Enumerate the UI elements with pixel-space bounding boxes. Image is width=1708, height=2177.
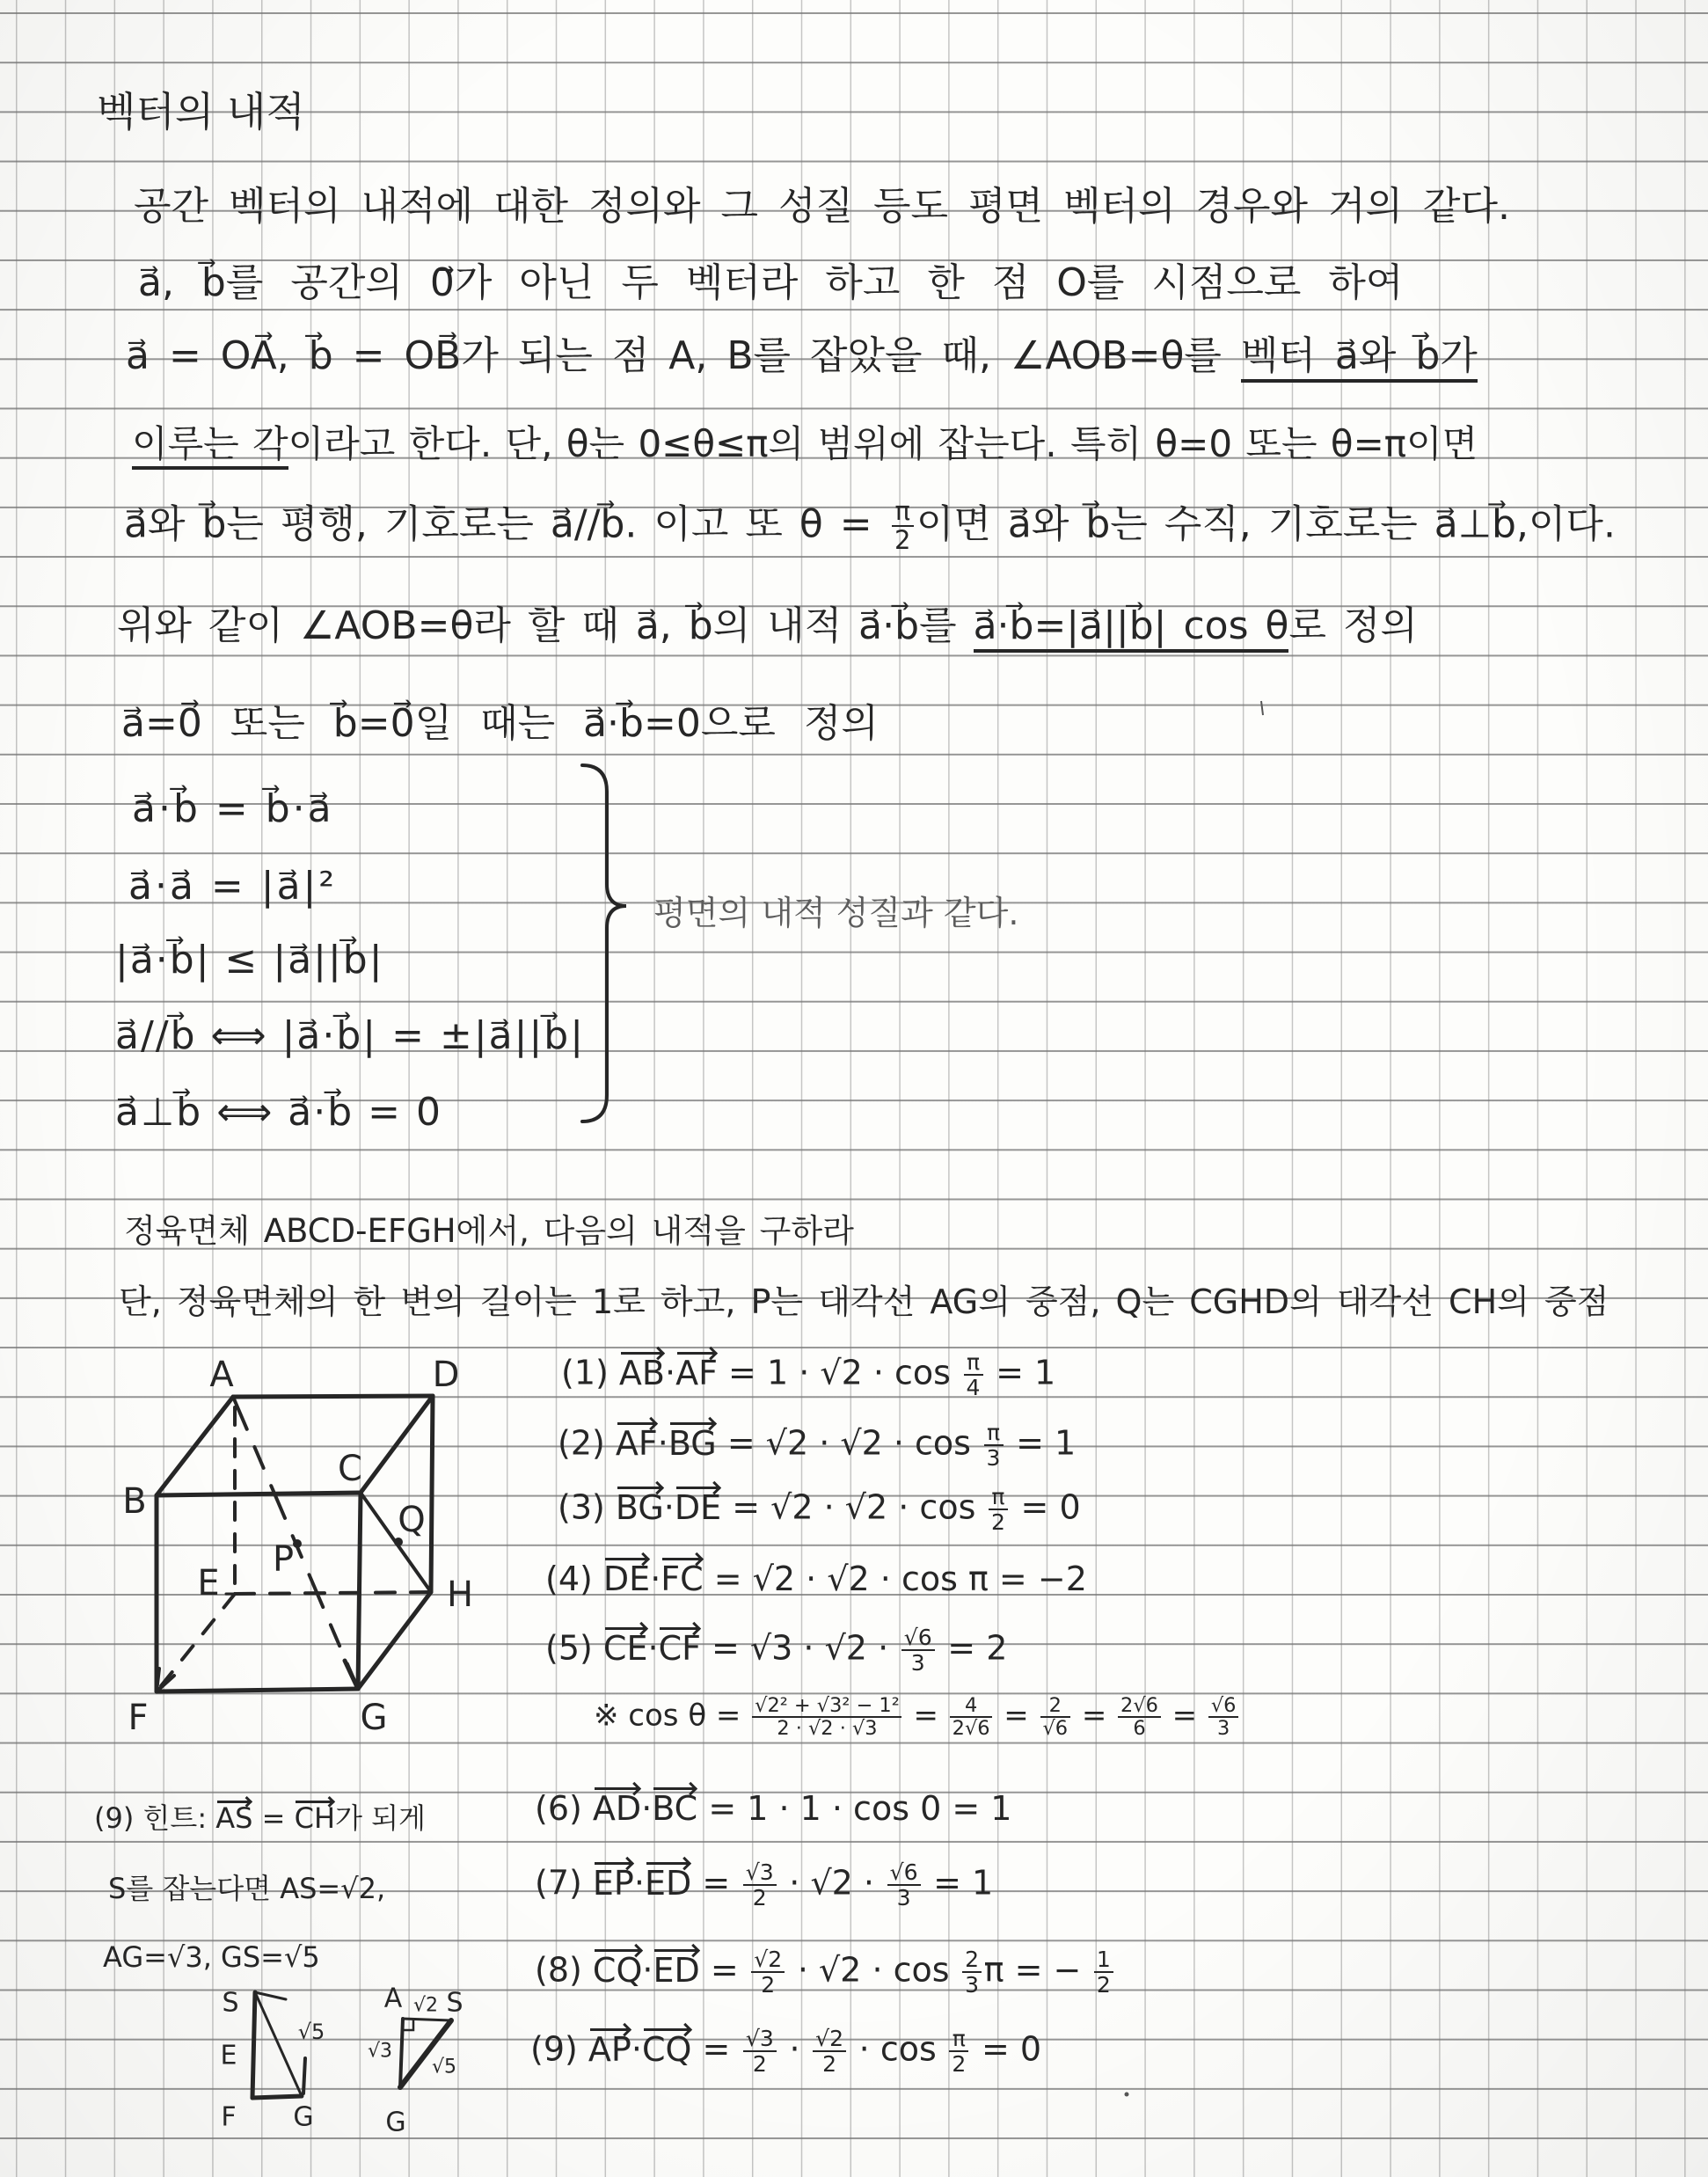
fraction: √32: [743, 1860, 777, 1910]
dot-operator: ·: [650, 1560, 661, 1598]
fraction: √22: [751, 1947, 785, 1997]
cube-edge-gh: [358, 1592, 431, 1689]
fraction-denominator: 3: [1208, 1718, 1238, 1739]
problem-expression: = 1 · 1 · cos 0 = 1: [708, 1789, 1011, 1828]
vector-ep: EP: [593, 1861, 634, 1899]
fraction: π4: [964, 1350, 983, 1399]
problem-result: = 1: [933, 1864, 993, 1903]
vertex-label-f: F: [128, 1698, 148, 1738]
fraction-numerator: 1: [1094, 1947, 1113, 1973]
fraction-result: 12: [1094, 1947, 1113, 1997]
problem-result: = 0: [982, 2030, 1041, 2069]
fraction-numerator: 2: [962, 1947, 982, 1973]
vector-ab: AB: [619, 1351, 665, 1389]
fraction-denominator: 3: [962, 1973, 982, 1997]
fraction-numerator: √2² + √3² − 1²: [752, 1695, 901, 1718]
label-s: S: [222, 1988, 238, 2019]
hint-line-2: S를 잡는다면 AS=√2,: [108, 1871, 385, 1906]
vector-cf: CF: [659, 1626, 701, 1664]
fraction-pi-over-2: π 2: [892, 498, 914, 555]
fraction-denominator: 2: [743, 1886, 777, 1910]
problem-3: (3) BG·DE = √2 · √2 · cos π2 = 0: [558, 1485, 1081, 1534]
problem-expression: · √2 · cos: [798, 1951, 950, 1990]
problem-result: = 1: [996, 1354, 1055, 1392]
problem-expression: = √2 · √2 · cos: [732, 1488, 975, 1527]
definition-line-1: 공간 벡터의 내적에 대한 정의와 그 성질 등도 평면 벡터의 경우와 거의 …: [134, 182, 1510, 231]
fraction-numerator: 2: [1040, 1695, 1070, 1718]
property-self-dot: a⃗·a⃗ = |a⃗|²: [128, 862, 337, 911]
problem-label: (7): [535, 1864, 582, 1903]
problem-expression: = √3 · √2 ·: [712, 1629, 888, 1668]
dot-operator: ·: [642, 1951, 653, 1990]
problem-expression: = √2 · √2 · cos π = −2: [714, 1560, 1087, 1598]
triangle-edge-sg: [255, 1992, 302, 2096]
fraction-denominator: 2√6: [950, 1718, 992, 1739]
label-edge-sg: √5: [432, 2056, 456, 2078]
underlined-phrase-angle: 이루는 각: [132, 422, 288, 470]
vector-fc: FC: [661, 1558, 703, 1596]
vector-af: AF: [675, 1351, 718, 1389]
fraction-numerator: √6: [887, 1860, 921, 1886]
cube-edge-bc: [157, 1493, 361, 1495]
fraction-denominator: 3: [984, 1446, 1004, 1470]
fraction-denominator: 2: [892, 527, 914, 554]
note-title: 벡터의 내적: [97, 87, 305, 136]
vector-bc: BC: [652, 1787, 697, 1825]
hidden-edge-eh: [235, 1592, 431, 1594]
fraction: π2: [989, 1485, 1008, 1534]
stray-pen-dot: [1125, 2093, 1129, 2097]
cube-edge-ad: [233, 1396, 433, 1397]
fraction-numerator: 4: [950, 1695, 992, 1718]
vector-cq: CQ: [593, 1948, 642, 1986]
fraction: π3: [984, 1421, 1004, 1470]
fraction-denominator: 3: [887, 1886, 921, 1910]
vector-ed: ED: [653, 1948, 699, 1986]
definition-line-5-after: 이면 a⃗와 b⃗는 수직, 기호로는 a⃗⊥b⃗,이다.: [916, 501, 1616, 546]
definition-line-4-text: 이라고 한다. 단, θ는 0≤θ≤π의 범위에 잡는다. 특히 θ=0 또는 …: [288, 422, 1478, 465]
vector-af: AF: [616, 1421, 658, 1459]
problem-expression: = √2 · √2 · cos: [727, 1424, 971, 1463]
dot-operator: ·: [665, 1354, 675, 1392]
fraction-denominator: 2: [743, 2052, 777, 2076]
problem-label: (5): [545, 1629, 593, 1668]
vector-de: DE: [675, 1486, 721, 1523]
problem-label: (4): [545, 1560, 593, 1598]
dot-operator: ·: [631, 2030, 642, 2069]
point-label-p: P: [273, 1539, 294, 1580]
tick-mark: [303, 2058, 305, 2093]
equals-sign: =: [1082, 1698, 1107, 1734]
problem-2: (2) AF·BG = √2 · √2 · cos π3 = 1: [558, 1421, 1076, 1470]
dot-operator: ·: [664, 1488, 675, 1527]
fraction: √63: [887, 1860, 921, 1910]
label-edge-ag: √3: [368, 2041, 392, 2063]
definition-line-3: a⃗ = OA⃗, b⃗ = OB⃗가 되는 점 A, B를 잡았을 때, ∠A…: [126, 332, 1478, 381]
cos-note-prefix: ※ cos θ =: [594, 1698, 741, 1734]
vector-bg: BG: [668, 1421, 717, 1459]
hint-line-1: (9) 힌트: AS = CH가 되게: [94, 1800, 426, 1837]
exercise-condition: 단, 정육면체의 한 변의 길이는 1로 하고, P는 대각선 AG의 중점, …: [119, 1282, 1609, 1322]
fraction-denominator: 2: [751, 1973, 785, 1997]
fraction-numerator: √3: [743, 2027, 777, 2052]
label-a: A: [384, 1983, 403, 2014]
stray-pen-mark: [1261, 701, 1263, 715]
dot-operator: ·: [634, 1864, 645, 1903]
problem-6: (6) AD·BC = 1 · 1 · cos 0 = 1: [535, 1786, 1011, 1831]
problem-expression: · cos: [859, 2030, 937, 2069]
fraction-denominator: 2: [949, 2052, 968, 2076]
fraction-numerator: π: [892, 498, 914, 527]
equals-sign: =: [1172, 1698, 1198, 1734]
definition-line-6: 위와 같이 ∠AOB=θ라 할 때 a⃗, b⃗의 내적 a⃗·b⃗를 a⃗·b…: [117, 602, 1418, 651]
property-perpendicular: a⃗⊥b⃗ ⟺ a⃗·b⃗ = 0: [115, 1088, 442, 1137]
problem-label: (3): [558, 1488, 605, 1527]
vector-cq: CQ: [642, 2027, 691, 2065]
fraction-denominator: 6: [1118, 1718, 1160, 1739]
problem-expression: ·: [789, 2030, 799, 2069]
equals-sign: =: [702, 1864, 730, 1903]
property-parallel: a⃗//b⃗ ⟺ |a⃗·b⃗| = ±|a⃗||b⃗|: [115, 1012, 585, 1061]
equals-sign: =: [702, 2030, 730, 2069]
hint-label: (9) 힌트:: [94, 1801, 207, 1835]
fraction: 2√66: [1118, 1695, 1160, 1739]
definition-line-3-text: a⃗ = OA⃗, b⃗ = OB⃗가 되는 점 A, B를 잡았을 때, ∠A…: [126, 333, 1241, 378]
fraction-denominator: √6: [1040, 1718, 1070, 1739]
fraction: √63: [1208, 1695, 1238, 1739]
vector-as: AS: [215, 1801, 252, 1832]
definition-line-6-tail: 로 정의: [1288, 603, 1418, 648]
fraction-denominator: 4: [964, 1376, 983, 1399]
equals-sign: =: [262, 1801, 286, 1835]
vertex-label-d: D: [433, 1355, 460, 1395]
label-s: S: [446, 1988, 463, 2019]
label-edge-as: √2: [413, 1995, 438, 2017]
fraction: 23: [962, 1947, 982, 1997]
problem-label: (8): [535, 1951, 582, 1990]
problem-label: (9): [530, 2030, 578, 2069]
fraction-numerator: √2: [813, 2027, 846, 2052]
triangle-edge-as: [403, 2019, 451, 2020]
problem-expression: π = −: [984, 1951, 1082, 1990]
vector-ap: AP: [588, 2027, 631, 2065]
point-label-q: Q: [398, 1500, 425, 1540]
hint-triangle-sfg: [252, 1992, 305, 2098]
label-e: E: [221, 2041, 237, 2071]
definition-line-5-before: a⃗와 b⃗는 평행, 기호로는 a⃗//b⃗. 이고 또 θ =: [124, 501, 872, 546]
fraction-numerator: 2√6: [1118, 1695, 1160, 1718]
exercise-heading: 정육면체 ABCD-EFGH에서, 다음의 내적을 구하라: [124, 1211, 854, 1252]
triangle-edge-fg: [252, 2096, 302, 2098]
problem-result: = 2: [947, 1629, 1007, 1668]
triangle-edge-ag: [400, 2019, 403, 2087]
vector-ce: CE: [603, 1626, 648, 1664]
dot-operator: ·: [647, 1629, 658, 1668]
cube-edge-dh: [431, 1396, 433, 1592]
definition-line-6-text: 위와 같이 ∠AOB=θ라 할 때 a⃗, b⃗의 내적 a⃗·b⃗를: [117, 603, 974, 648]
problem-result: = 0: [1021, 1488, 1081, 1527]
fraction-numerator: √6: [1208, 1695, 1238, 1718]
label-g: G: [293, 2102, 313, 2133]
fraction: √32: [743, 2027, 777, 2076]
vertex-label-e: E: [197, 1563, 219, 1604]
fraction-numerator: √6: [901, 1625, 935, 1651]
fraction-law-of-cosines: √2² + √3² − 1²2 · √2 · √3: [752, 1695, 901, 1739]
underlined-dot-product-formula: a⃗·b⃗=|a⃗||b⃗| cos θ: [974, 603, 1289, 653]
fraction: 42√6: [950, 1695, 992, 1739]
vertex-label-a: A: [209, 1355, 234, 1395]
fraction-numerator: π: [989, 1485, 1008, 1510]
tick-mark: [255, 1992, 286, 1999]
fraction-denominator: 2 · √2 · √3: [752, 1718, 901, 1739]
cube-edge-fg: [157, 1689, 358, 1691]
vertex-label-g: G: [361, 1698, 388, 1738]
problem-7: (7) EP·ED = √32 · √2 · √63 = 1: [535, 1860, 993, 1910]
definition-line-5: a⃗와 b⃗는 평행, 기호로는 a⃗//b⃗. 이고 또 θ = π 2 이면…: [124, 498, 1616, 555]
vector-de: DE: [603, 1558, 650, 1596]
problem-result: = 1: [1016, 1424, 1076, 1463]
fraction-numerator: π: [984, 1421, 1004, 1446]
fraction: √63: [901, 1625, 935, 1675]
label-g: G: [385, 2108, 405, 2138]
fraction-denominator: 2: [813, 2052, 846, 2076]
triangle-edge-sf: [252, 1992, 255, 2098]
problem-5: (5) CE·CF = √3 · √2 · √63 = 2: [545, 1625, 1007, 1675]
cube-edge-ab: [157, 1397, 233, 1495]
vector-ed: ED: [645, 1861, 691, 1899]
fraction-denominator: 3: [901, 1651, 935, 1675]
fraction-numerator: √3: [743, 1860, 777, 1886]
cube-edge-cg: [358, 1493, 361, 1689]
problem-expression: · √2 ·: [789, 1864, 874, 1903]
hint-tail: 가 되게: [335, 1801, 426, 1835]
fraction: π2: [949, 2027, 968, 2076]
hint-line-3: AG=√3, GS=√5: [103, 1940, 320, 1975]
cube-edge-cd: [361, 1396, 433, 1493]
problem-expression: = 1 · √2 · cos: [728, 1354, 951, 1392]
dot-operator: ·: [641, 1789, 652, 1828]
problem-label: (6): [535, 1789, 582, 1828]
fraction-numerator: π: [949, 2027, 968, 2052]
fraction-denominator: 2: [1094, 1973, 1113, 1997]
fraction: √22: [813, 2027, 846, 2076]
label-edge-sg: √5: [298, 2020, 325, 2044]
cube-diagram: [157, 1396, 433, 1691]
vector-ad: AD: [593, 1787, 641, 1825]
property-commutative: a⃗·b⃗ = b⃗·a⃗: [132, 785, 334, 834]
label-f: F: [221, 2102, 236, 2133]
vector-ch: CH: [295, 1801, 335, 1832]
hint-triangle-asg-labels: A √2 S √3 √5 G: [368, 1983, 463, 2138]
definition-line-4: 이루는 각이라고 한다. 단, θ는 0≤θ≤π의 범위에 잡는다. 특히 θ=…: [132, 420, 1478, 469]
dot-operator: ·: [658, 1424, 668, 1463]
problem-8: (8) CQ·ED = √22 · √2 · cos 23π = − 12: [535, 1947, 1115, 1997]
fraction-numerator: π: [964, 1350, 983, 1376]
fraction-numerator: √2: [751, 1947, 785, 1973]
fraction-denominator: 2: [989, 1510, 1008, 1534]
equals-sign: =: [711, 1951, 739, 1990]
definition-line-2: a⃗, b⃗를 공간의 0⃗가 아닌 두 벡터라 하고 한 점 O를 시점으로 …: [138, 259, 1403, 308]
property-cauchy-schwarz: |a⃗·b⃗| ≤ |a⃗||b⃗|: [115, 936, 384, 985]
problem-4: (4) DE·FC = √2 · √2 · cos π = −2: [545, 1557, 1087, 1602]
definition-line-7: a⃗=0⃗ 또는 b⃗=0⃗일 때는 a⃗·b⃗=0으로 정의: [121, 699, 879, 749]
hint-triangle-sfg-labels: S E F G √5: [221, 1988, 325, 2133]
problem-label: (2): [558, 1424, 605, 1463]
curly-brace: [582, 765, 626, 1121]
equals-sign: =: [913, 1698, 938, 1734]
underlined-phrase-vectors: 벡터 a⃗와 b⃗가: [1241, 333, 1478, 383]
brace-note: 평면의 내적 성질과 같다.: [653, 892, 1018, 934]
midpoint-p-dot: [293, 1539, 302, 1548]
vertex-label-c: C: [338, 1449, 362, 1489]
vector-bg: BG: [616, 1486, 664, 1523]
problem-1: (1) AB·AF = 1 · √2 · cos π4 = 1: [561, 1350, 1055, 1399]
vertex-label-h: H: [447, 1574, 473, 1615]
equals-sign: =: [1004, 1698, 1029, 1734]
vertex-label-b: B: [122, 1481, 146, 1522]
graph-paper-note-page: A D B C Q P E H F G S E F G √5: [0, 0, 1708, 2177]
fraction: 2√6: [1040, 1695, 1070, 1739]
cosine-law-note: ※ cos θ = √2² + √3² − 1²2 · √2 · √3 = 42…: [594, 1695, 1240, 1739]
problem-9: (9) AP·CQ = √32 · √22 · cos π2 = 0: [530, 2027, 1041, 2076]
hidden-edge-ef: [157, 1594, 235, 1691]
problem-label: (1): [561, 1354, 609, 1392]
